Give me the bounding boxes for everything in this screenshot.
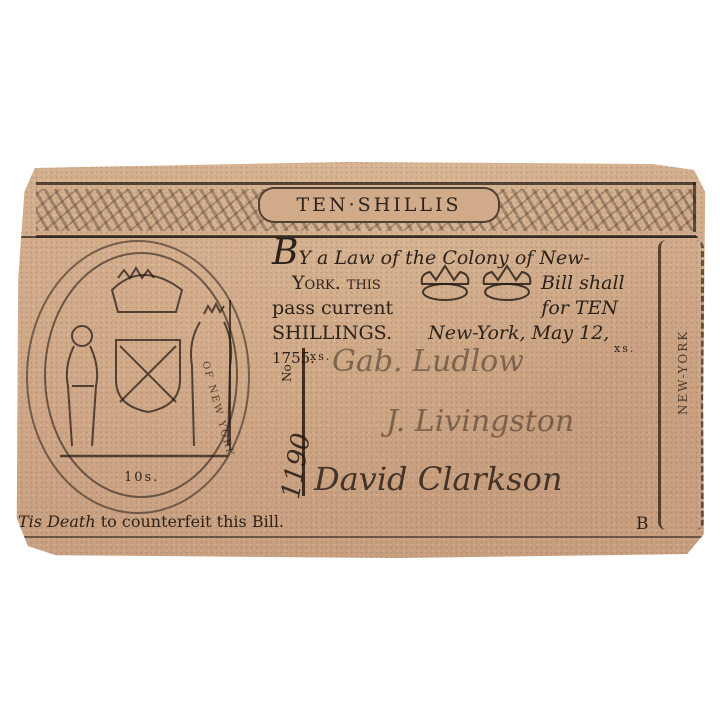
- body-line-4: SHILLINGS. New-York, May 12,: [272, 321, 625, 346]
- banknote: TEN·SHILLIS OF NEW YORK 10s. BY a Law of…: [14, 160, 708, 558]
- top-border-right-edge: [693, 182, 696, 232]
- crown-icon: [478, 264, 536, 304]
- coat-of-arms-icon: [54, 250, 234, 460]
- divider-bottom: [18, 536, 708, 538]
- crown-icon: [416, 264, 474, 304]
- side-strip-text: NEW-YORK: [676, 330, 690, 415]
- serial-label: No: [280, 364, 294, 382]
- signature-3: David Clarkson: [314, 460, 562, 498]
- plate-letter: B: [636, 514, 649, 534]
- seal-amount: 10s.: [124, 470, 159, 485]
- signature-1: Gab. Ludlow: [332, 344, 524, 379]
- denomination-mark-left: xs.: [310, 350, 331, 363]
- serial-rule: [302, 348, 305, 496]
- denomination-mark-right: xs.: [614, 342, 635, 355]
- denomination-cartouche: TEN·SHILLIS: [258, 187, 500, 223]
- signature-2: J. Livingston: [386, 404, 574, 439]
- counterfeit-warning: Tis Death to counterfeit this Bill.: [18, 512, 284, 531]
